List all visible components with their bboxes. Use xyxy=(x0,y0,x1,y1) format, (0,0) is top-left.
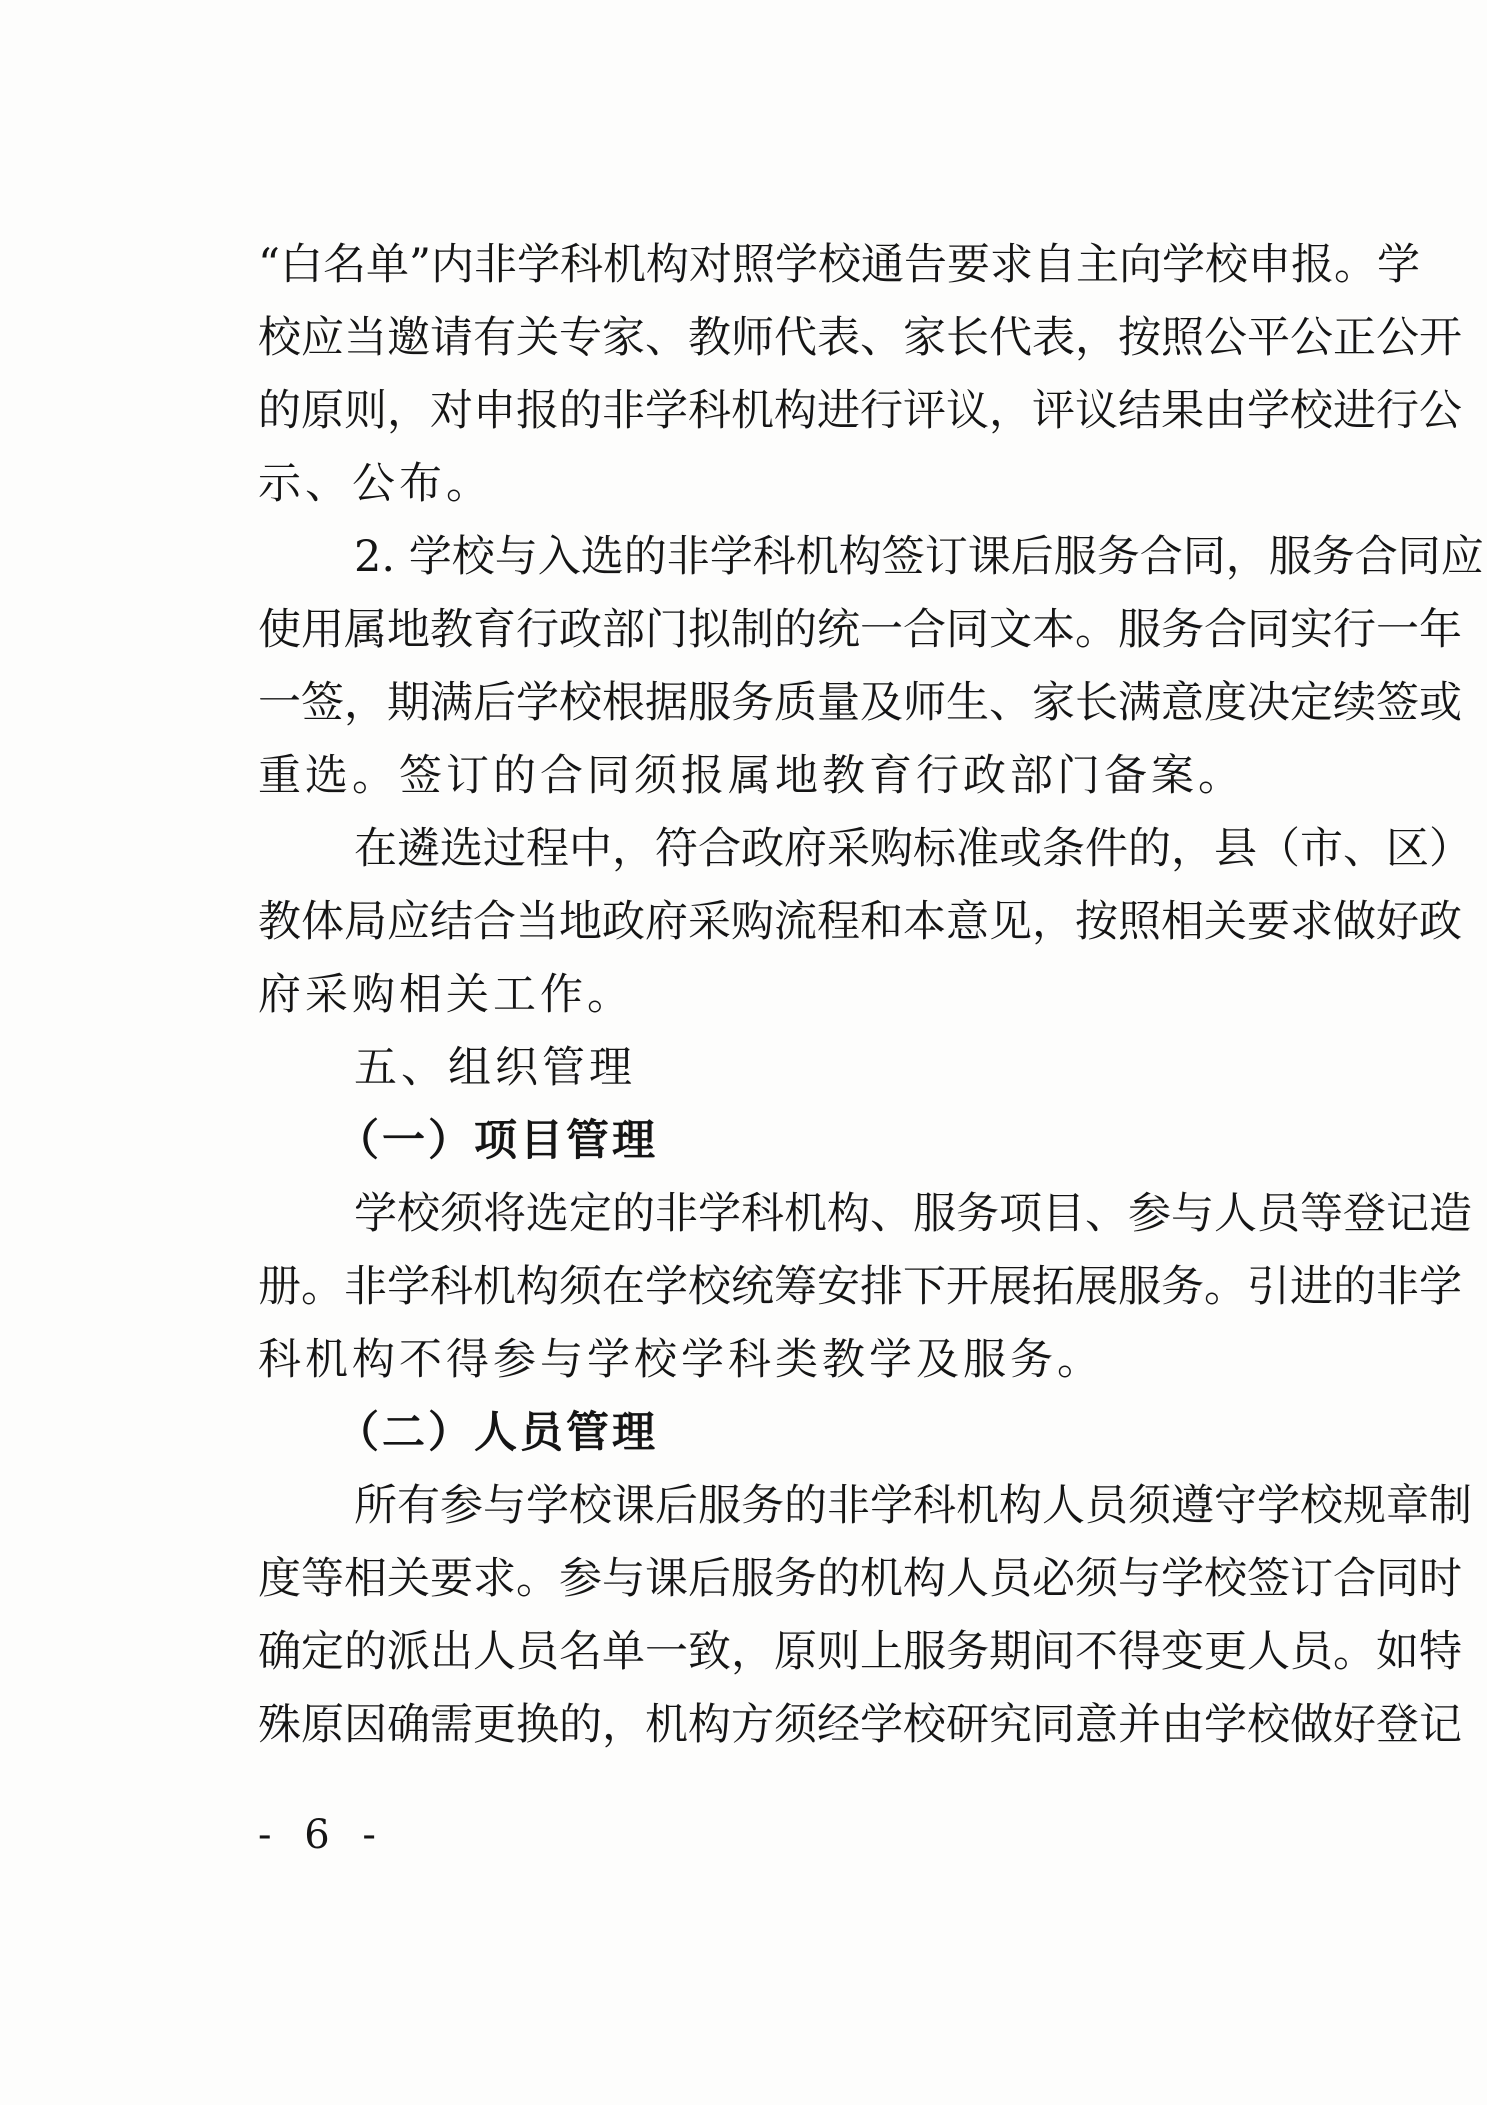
paragraph-1-line-2: 校应当邀请有关专家、教师代表、家长代表，按照公平公正公开 xyxy=(258,313,1263,363)
page-number: - 6 - xyxy=(258,1810,386,1860)
paragraph-5-line-2: 度等相关要求。参与课后服务的机构人员必须与学校签订合同时 xyxy=(258,1554,1263,1604)
paragraph-4-line-3: 科机构不得参与学校学科类教学及服务。 xyxy=(258,1335,1263,1385)
paragraph-5-line-3: 确定的派出人员名单一致，原则上服务期间不得变更人员。如特 xyxy=(258,1627,1263,1677)
paragraph-3-line-3: 府采购相关工作。 xyxy=(258,970,1263,1020)
subheading-personnel-management: （二）人员管理 xyxy=(336,1408,1245,1458)
paragraph-1-line-4: 示、公布。 xyxy=(258,459,1263,509)
paragraph-2-line-3: 一签，期满后学校根据服务质量及师生、家长满意度决定续签或 xyxy=(258,678,1263,728)
paragraph-1-line-3: 的原则，对申报的非学科机构进行评议，评议结果由学校进行公 xyxy=(258,386,1263,436)
document-page: “白名单”内非学科机构对照学校通告要求自主向学校申报。学 校应当邀请有关专家、教… xyxy=(0,0,1487,2105)
paragraph-5-line-4: 殊原因确需更换的，机构方须经学校研究同意并由学校做好登记 xyxy=(258,1700,1263,1750)
paragraph-3-line-1: 在遴选过程中，符合政府采购标准或条件的，县（市、区） xyxy=(354,824,1263,874)
subheading-project-management: （一）项目管理 xyxy=(336,1116,1245,1166)
paragraph-1-line-1: “白名单”内非学科机构对照学校通告要求自主向学校申报。学 xyxy=(258,240,1263,290)
paragraph-2-line-4: 重选。签订的合同须报属地教育行政部门备案。 xyxy=(258,751,1263,801)
paragraph-4-line-2: 册。非学科机构须在学校统筹安排下开展拓展服务。引进的非学 xyxy=(258,1262,1263,1312)
section-heading-organization-management: 五、组织管理 xyxy=(354,1043,1263,1093)
paragraph-3-line-2: 教体局应结合当地政府采购流程和本意见，按照相关要求做好政 xyxy=(258,897,1263,947)
paragraph-4-line-1: 学校须将选定的非学科机构、服务项目、参与人员等登记造 xyxy=(354,1189,1263,1239)
paragraph-2-line-2: 使用属地教育行政部门拟制的统一合同文本。服务合同实行一年 xyxy=(258,605,1263,655)
paragraph-5-line-1: 所有参与学校课后服务的非学科机构人员须遵守学校规章制 xyxy=(354,1481,1263,1531)
paragraph-2-line-1: 2. 学校与入选的非学科机构签订课后服务合同，服务合同应 xyxy=(354,532,1263,582)
